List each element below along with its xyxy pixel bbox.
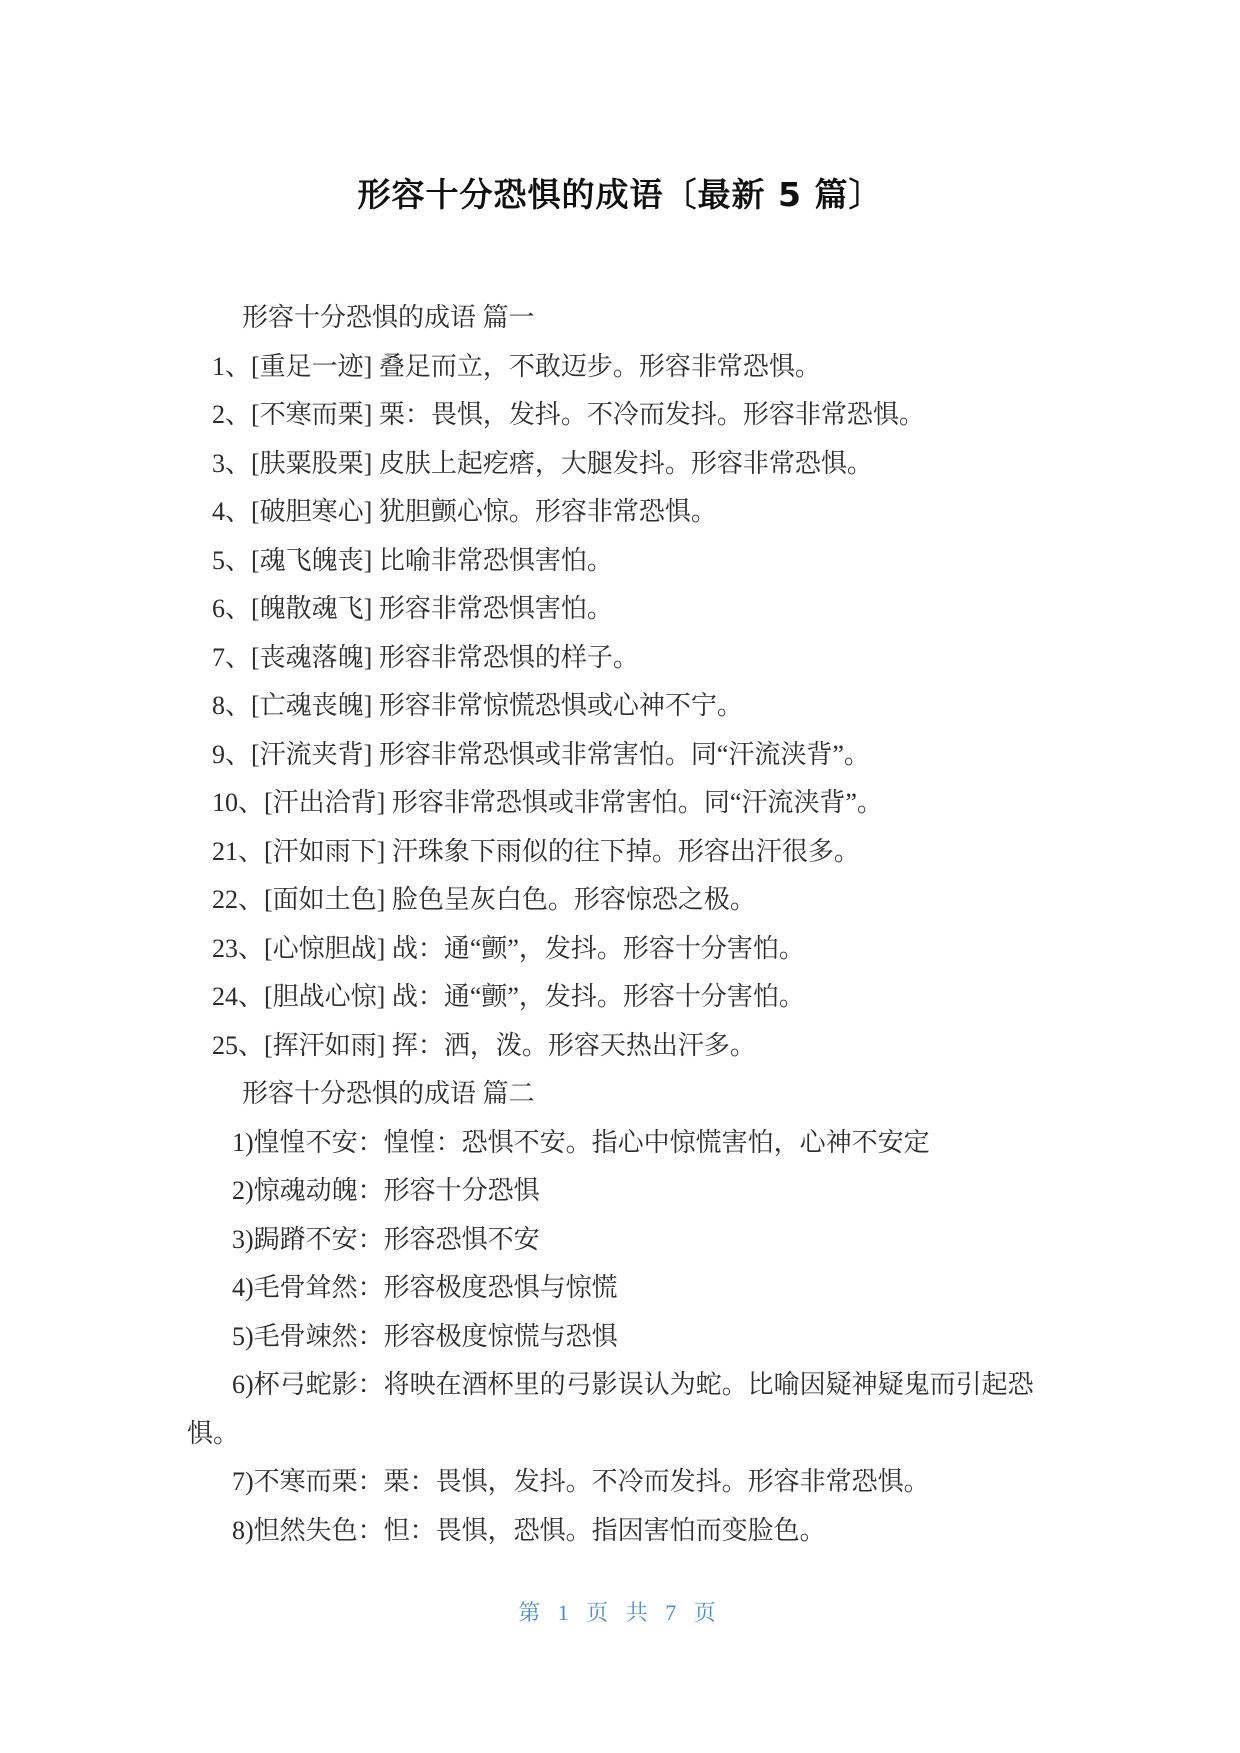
- idiom-item: 21、[汗如雨下] 汗珠象下雨似的往下掉。形容出汗很多。: [187, 828, 1047, 877]
- idiom-item: 6、[魄散魂飞] 形容非常恐惧害怕。: [187, 585, 1047, 634]
- idiom-item: 10、[汗出洽背] 形容非常恐惧或非常害怕。同“汗流浃背”。: [187, 779, 1047, 828]
- document-body: 形容十分恐惧的成语 篇一 1、[重足一迹] 叠足而立，不敢迈步。形容非常恐惧。 …: [187, 294, 1047, 1555]
- page-footer: 第 1 页 共 7 页: [0, 1598, 1240, 1628]
- document-title: 形容十分恐惧的成语〔最新 5 篇〕: [0, 171, 1240, 219]
- idiom-item: 8)怛然失色：怛：畏惧，恐惧。指因害怕而变脸色。: [187, 1507, 1047, 1556]
- idiom-item: 24、[胆战心惊] 战：通“颤”，发抖。形容十分害怕。: [187, 973, 1047, 1022]
- idiom-item: 23、[心惊胆战] 战：通“颤”，发抖。形容十分害怕。: [187, 925, 1047, 974]
- section-2-heading: 形容十分恐惧的成语 篇二: [187, 1070, 1047, 1119]
- idiom-item: 2)惊魂动魄：形容十分恐惧: [187, 1167, 1047, 1216]
- idiom-item: 8、[亡魂丧魄] 形容非常惊慌恐惧或心神不宁。: [187, 682, 1047, 731]
- document-page: 形容十分恐惧的成语〔最新 5 篇〕 形容十分恐惧的成语 篇一 1、[重足一迹] …: [0, 0, 1240, 1753]
- idiom-item: 4、[破胆寒心] 犹胆颤心惊。形容非常恐惧。: [187, 488, 1047, 537]
- idiom-item: 25、[挥汗如雨] 挥：洒，泼。形容天热出汗多。: [187, 1022, 1047, 1071]
- idiom-item: 7、[丧魂落魄] 形容非常恐惧的样子。: [187, 634, 1047, 683]
- idiom-item: 9、[汗流夹背] 形容非常恐惧或非常害怕。同“汗流浃背”。: [187, 731, 1047, 780]
- idiom-item: 6)杯弓蛇影：将映在酒杯里的弓影误认为蛇。比喻因疑神疑鬼而引起恐惧。: [187, 1361, 1047, 1458]
- section-1-heading: 形容十分恐惧的成语 篇一: [187, 294, 1047, 343]
- idiom-item: 4)毛骨耸然：形容极度恐惧与惊慌: [187, 1264, 1047, 1313]
- idiom-item: 1、[重足一迹] 叠足而立，不敢迈步。形容非常恐惧。: [187, 343, 1047, 392]
- idiom-item: 2、[不寒而栗] 栗：畏惧，发抖。不冷而发抖。形容非常恐惧。: [187, 391, 1047, 440]
- idiom-item: 5)毛骨竦然：形容极度惊慌与恐惧: [187, 1313, 1047, 1362]
- idiom-item: 1)惶惶不安：惶惶：恐惧不安。指心中惊慌害怕，心神不安定: [187, 1119, 1047, 1168]
- idiom-item: 3)跼蹐不安：形容恐惧不安: [187, 1216, 1047, 1265]
- idiom-item: 7)不寒而栗：栗：畏惧，发抖。不冷而发抖。形容非常恐惧。: [187, 1458, 1047, 1507]
- idiom-item: 5、[魂飞魄丧] 比喻非常恐惧害怕。: [187, 537, 1047, 586]
- idiom-item: 22、[面如土色] 脸色呈灰白色。形容惊恐之极。: [187, 876, 1047, 925]
- idiom-item: 3、[肤粟股栗] 皮肤上起疙瘩，大腿发抖。形容非常恐惧。: [187, 440, 1047, 489]
